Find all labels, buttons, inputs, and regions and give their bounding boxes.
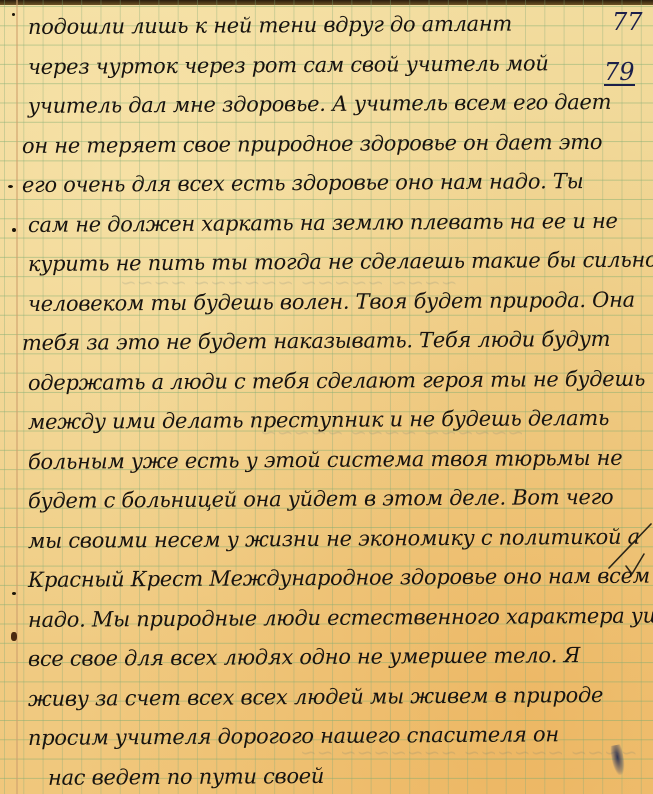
text-line: Красный Крест Международное здоровье оно…: [22, 557, 622, 601]
margin-ink-dot: [12, 13, 15, 16]
margin-ink-blot: [11, 632, 17, 641]
margin-ink-dot: [8, 185, 13, 188]
text-line: мы своими несем у жизни не экономику с п…: [22, 517, 622, 561]
handwritten-text-block: подошли лишь к ней тени вдруг до атлант …: [22, 8, 622, 794]
margin-ink-dot: [12, 592, 16, 595]
margin-ink-dot: [12, 228, 16, 232]
text-line: его очень для всех есть здоровье оно нам…: [22, 162, 622, 206]
text-line: подошли лишь к ней тени вдруг до атлант: [22, 4, 622, 48]
text-line: надо. Мы природные люди естественного ха…: [22, 596, 622, 640]
text-line: одержать а люди с тебя сделают героя ты …: [22, 359, 622, 403]
text-line: тебя за это не будет наказывать. Тебя лю…: [22, 320, 622, 364]
text-line: все свое для всех людях одно не умершее …: [22, 636, 622, 680]
text-line: через чурток через рот сам свой учитель …: [22, 43, 622, 87]
text-line: больным уже есть у этой система твоя тюр…: [22, 438, 622, 482]
text-line: живу за счет всех всех людей мы живем в …: [22, 675, 622, 719]
text-line: человеком ты будешь волен. Твоя будет пр…: [22, 280, 622, 324]
text-line: между ими делать преступник и не будешь …: [22, 399, 622, 443]
left-margin-line: [16, 0, 18, 794]
text-line: курить не пить ты тогда не сделаешь таки…: [22, 241, 622, 285]
notebook-page: ~~~~ ~~~~~ ~~~~~~ ~~~~ ~~~~~~ ~~~~ ~~~~~…: [0, 0, 653, 794]
text-line: он не теряет свое природное здоровье он …: [22, 122, 622, 166]
text-line: просим учителя дорогого нашего спасителя…: [22, 715, 622, 759]
text-line: нас ведет по пути своей: [22, 754, 622, 794]
text-line: будет с больницей она уйдет в этом деле.…: [22, 478, 622, 522]
text-line: сам не должен харкать на землю плевать н…: [22, 201, 622, 245]
text-line: учитель дал мне здоровье. А учитель всем…: [22, 83, 622, 127]
